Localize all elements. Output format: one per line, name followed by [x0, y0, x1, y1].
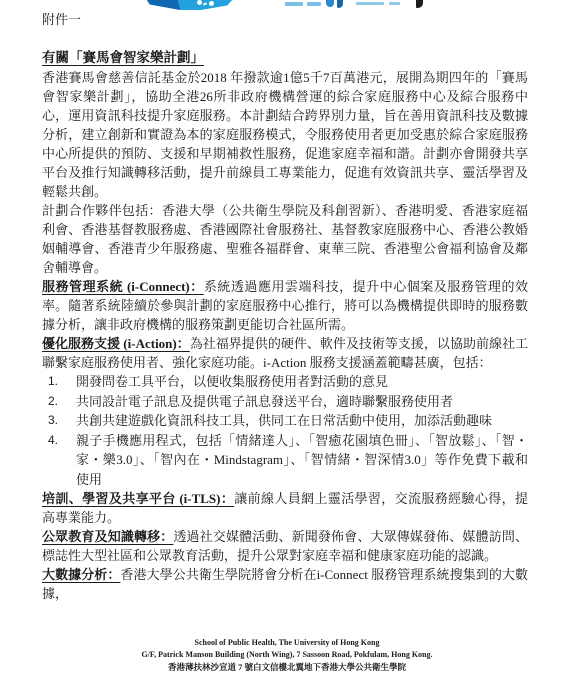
list-item-number: 1. — [48, 372, 70, 392]
partners-paragraph: 計劃合作夥伴包括：香港大學（公共衛生學院及科創習新）、香港明愛、香港家庭福利會、… — [42, 201, 528, 277]
section-i-action: 優化服務支援 (i-Action)：為社福界提供的硬件、軟件及技術等支援，以協助… — [42, 334, 528, 372]
footer-address-zh: 香港薄扶林沙宣道 7 號白文信樓北翼地下香港大學公共衛生學院 — [0, 661, 574, 673]
list-item: 1. 開發問卷工具平台，以便收集服務使用者對活動的意見 — [42, 372, 528, 392]
list-item-text: 共同設計電子訊息及提供電子訊息發送平台，適時聯繫服務使用者 — [70, 392, 528, 412]
list-item: 2. 共同設計電子訊息及提供電子訊息發送平台，適時聯繫服務使用者 — [42, 392, 528, 412]
list-item-number: 3. — [48, 411, 70, 431]
footer-school-name: School of Public Health, The University … — [0, 637, 574, 649]
section-i-connect: 服務管理系統 (i-Connect)：系統透過應用雲端科技，提升中心個案及服務管… — [42, 277, 528, 334]
list-item: 3. 共創共建遊戲化資訊科技工具，供同工在日常活動中使用，加添活動趣味 — [42, 411, 528, 431]
section-public-education-heading: 公眾教育及知識轉移： — [42, 529, 173, 544]
intro-paragraph: 香港賽馬會慈善信託基金於2018 年撥款逾1億5千7百萬港元，展開為期四年的「賽… — [42, 68, 528, 201]
section-i-action-heading: 優化服務支援 (i-Action)： — [42, 336, 190, 351]
section-i-tls-heading: 培訓、學習及共享平台 (i-TLS)： — [42, 491, 234, 506]
i-action-list: 1. 開發問卷工具平台，以便收集服務使用者對活動的意見 2. 共同設計電子訊息及… — [42, 372, 528, 489]
list-item-text: 親子手機應用程式，包括「情緒達人」、「智癒花園填色冊」、「智放鬆」、「智・家・樂… — [70, 431, 528, 490]
attachment-label: 附件一 — [42, 12, 528, 28]
document-content: 附件一 有關「賽馬會智家樂計劃」 香港賽馬會慈善信託基金於2018 年撥款逾1億… — [42, 0, 528, 603]
section-public-education: 公眾教育及知識轉移：透過社交媒體活動、新聞發佈會、大眾傳媒發佈、媒體訪問、標誌性… — [42, 527, 528, 565]
list-item: 4. 親子手機應用程式，包括「情緒達人」、「智癒花園填色冊」、「智放鬆」、「智・… — [42, 431, 528, 490]
section-i-tls: 培訓、學習及共享平台 (i-TLS)：讓前線人員網上靈活學習，交流服務經驗心得，… — [42, 489, 528, 527]
document-page: 附件一 有關「賽馬會智家樂計劃」 香港賽馬會慈善信託基金於2018 年撥款逾1億… — [0, 0, 574, 675]
section-i-connect-heading: 服務管理系統 (i-Connect)： — [42, 279, 204, 294]
section-big-data-heading: 大數據分析： — [42, 567, 120, 582]
footer-address-en: G/F, Patrick Manson Building (North Wing… — [0, 649, 574, 661]
list-item-text: 開發問卷工具平台，以便收集服務使用者對活動的意見 — [70, 372, 528, 392]
page-footer: School of Public Health, The University … — [0, 637, 574, 673]
list-item-text: 共創共建遊戲化資訊科技工具，供同工在日常活動中使用，加添活動趣味 — [70, 411, 528, 431]
list-item-number: 2. — [48, 392, 70, 412]
document-title-text: 有關「賽馬會智家樂計劃」 — [42, 50, 204, 65]
list-item-number: 4. — [48, 431, 70, 490]
document-title: 有關「賽馬會智家樂計劃」 — [42, 48, 528, 68]
section-big-data: 大數據分析：香港大學公共衛生學院將會分析在i-Connect 服務管理系統搜集到… — [42, 565, 528, 603]
